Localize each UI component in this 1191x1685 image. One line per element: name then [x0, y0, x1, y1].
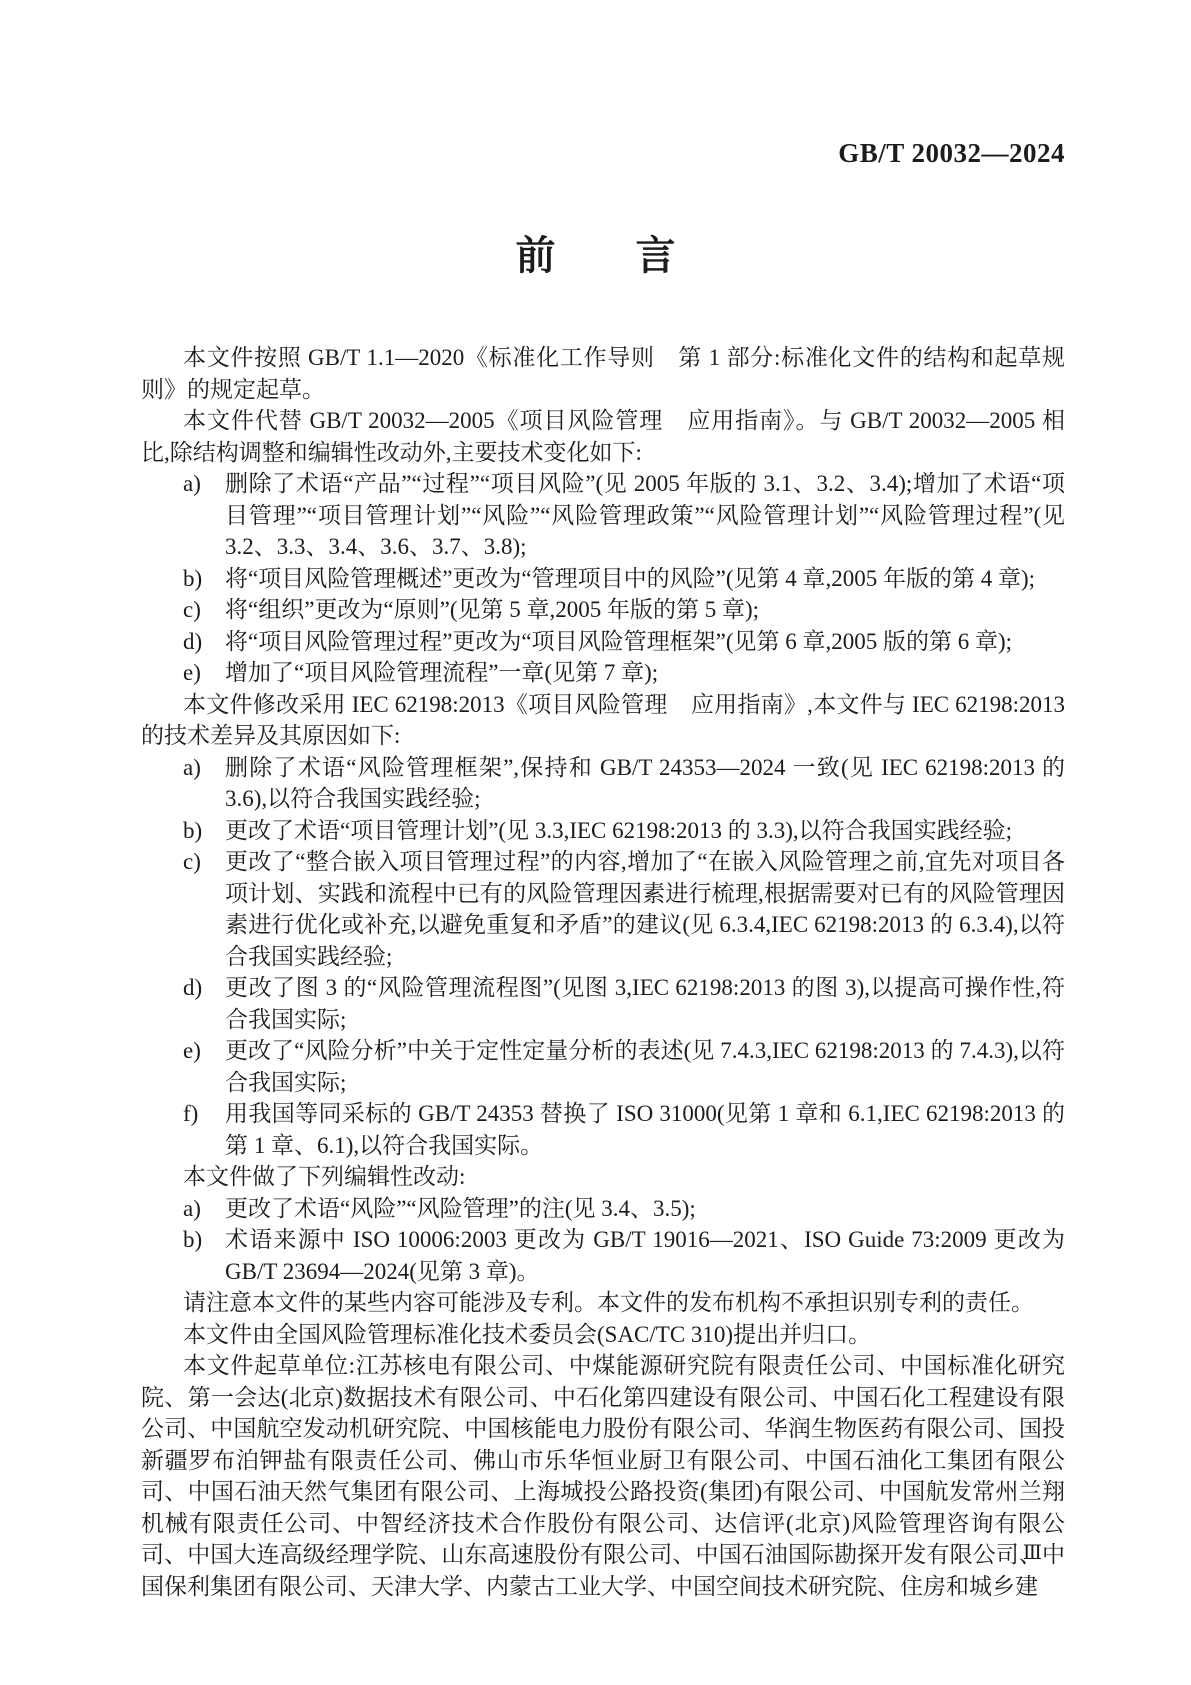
list-item: f) 用我国等同采标的 GB/T 24353 替换了 ISO 31000(见第 …	[141, 1098, 1065, 1161]
list-item-text: 更改了“整合嵌入项目管理过程”的内容,增加了“在嵌入风险管理之前,宜先对项目各项…	[225, 849, 1065, 969]
list-item-text: 用我国等同采标的 GB/T 24353 替换了 ISO 31000(见第 1 章…	[225, 1101, 1065, 1158]
paragraph-editorial-changes: 本文件做了下列编辑性改动:	[141, 1161, 1065, 1193]
paragraph-drafting-units: 本文件起草单位:江苏核电有限公司、中煤能源研究院有限责任公司、中国标准化研究院、…	[141, 1350, 1065, 1602]
list-item-text: 将“项目风险管理概述”更改为“管理项目中的风险”(见第 4 章,2005 年版的…	[225, 566, 1035, 591]
list-item-marker: a)	[183, 468, 201, 500]
list-item: d) 将“项目风险管理过程”更改为“项目风险管理框架”(见第 6 章,2005 …	[141, 626, 1065, 658]
list-item: b) 将“项目风险管理概述”更改为“管理项目中的风险”(见第 4 章,2005 …	[141, 563, 1065, 595]
paragraph-drafting-basis: 本文件按照 GB/T 1.1—2020《标准化工作导则 第 1 部分:标准化文件…	[141, 342, 1065, 405]
list-item: e) 更改了“风险分析”中关于定性定量分析的表述(见 7.4.3,IEC 621…	[141, 1035, 1065, 1098]
list-item-marker: a)	[183, 1193, 201, 1225]
list-item-marker: b)	[183, 815, 202, 847]
paragraph-patent-notice: 请注意本文件的某些内容可能涉及专利。本文件的发布机构不承担识别专利的责任。	[141, 1287, 1065, 1319]
list-item-marker: e)	[183, 657, 201, 689]
paragraph-replacement: 本文件代替 GB/T 20032—2005《项目风险管理 应用指南》。与 GB/…	[141, 405, 1065, 468]
list-item: a) 删除了术语“产品”“过程”“项目风险”(见 2005 年版的 3.1、3.…	[141, 468, 1065, 563]
doc-number: GB/T 20032—2024	[838, 138, 1065, 169]
list-item-text: 增加了“项目风险管理流程”一章(见第 7 章);	[225, 660, 658, 685]
list-item: b) 更改了术语“项目管理计划”(见 3.3,IEC 62198:2013 的 …	[141, 815, 1065, 847]
list-item-marker: d)	[183, 972, 202, 1004]
list-item-marker: a)	[183, 752, 201, 784]
page-title: 前 言	[0, 224, 1191, 281]
list-item-text: 术语来源中 ISO 10006:2003 更改为 GB/T 19016—2021…	[225, 1227, 1065, 1284]
list-item: a) 删除了术语“风险管理框架”,保持和 GB/T 24353—2024 一致(…	[141, 752, 1065, 815]
list-item-text: 将“项目风险管理过程”更改为“项目风险管理框架”(见第 6 章,2005 版的第…	[225, 629, 1012, 654]
list-item-text: 将“组织”更改为“原则”(见第 5 章,2005 年版的第 5 章);	[225, 597, 759, 622]
paragraph-iec-adoption: 本文件修改采用 IEC 62198:2013《项目风险管理 应用指南》,本文件与…	[141, 689, 1065, 752]
list-item-text: 删除了术语“风险管理框架”,保持和 GB/T 24353—2024 一致(见 I…	[225, 755, 1065, 812]
list-item-text: 更改了图 3 的“风险管理流程图”(见图 3,IEC 62198:2013 的图…	[225, 975, 1065, 1032]
list-item-marker: d)	[183, 626, 202, 658]
list-iec-differences: a) 删除了术语“风险管理框架”,保持和 GB/T 24353—2024 一致(…	[141, 752, 1065, 1162]
list-item-marker: c)	[183, 594, 201, 626]
list-item: a) 更改了术语“风险”“风险管理”的注(见 3.4、3.5);	[141, 1193, 1065, 1225]
list-item-text: 更改了术语“风险”“风险管理”的注(见 3.4、3.5);	[225, 1196, 696, 1221]
foreword-body: 本文件按照 GB/T 1.1—2020《标准化工作导则 第 1 部分:标准化文件…	[141, 342, 1065, 1602]
list-item-text: 更改了“风险分析”中关于定性定量分析的表述(见 7.4.3,IEC 62198:…	[225, 1038, 1065, 1095]
list-item: d) 更改了图 3 的“风险管理流程图”(见图 3,IEC 62198:2013…	[141, 972, 1065, 1035]
document-page: GB/T 20032—2024 前 言 本文件按照 GB/T 1.1—2020《…	[0, 0, 1191, 1685]
list-item-marker: f)	[183, 1098, 198, 1130]
list-item-text: 更改了术语“项目管理计划”(见 3.3,IEC 62198:2013 的 3.3…	[225, 818, 1012, 843]
paragraph-committee: 本文件由全国风险管理标准化技术委员会(SAC/TC 310)提出并归口。	[141, 1319, 1065, 1351]
list-tech-changes: a) 删除了术语“产品”“过程”“项目风险”(见 2005 年版的 3.1、3.…	[141, 468, 1065, 689]
list-item: e) 增加了“项目风险管理流程”一章(见第 7 章);	[141, 657, 1065, 689]
list-item: c) 将“组织”更改为“原则”(见第 5 章,2005 年版的第 5 章);	[141, 594, 1065, 626]
list-item-marker: b)	[183, 1224, 202, 1256]
list-item-text: 删除了术语“产品”“过程”“项目风险”(见 2005 年版的 3.1、3.2、3…	[225, 471, 1065, 559]
list-editorial-changes: a) 更改了术语“风险”“风险管理”的注(见 3.4、3.5); b) 术语来源…	[141, 1193, 1065, 1288]
page-number: Ⅲ	[1023, 1540, 1042, 1565]
list-item-marker: b)	[183, 563, 202, 595]
list-item: b) 术语来源中 ISO 10006:2003 更改为 GB/T 19016—2…	[141, 1224, 1065, 1287]
list-item-marker: c)	[183, 846, 201, 878]
list-item: c) 更改了“整合嵌入项目管理过程”的内容,增加了“在嵌入风险管理之前,宜先对项…	[141, 846, 1065, 972]
list-item-marker: e)	[183, 1035, 201, 1067]
